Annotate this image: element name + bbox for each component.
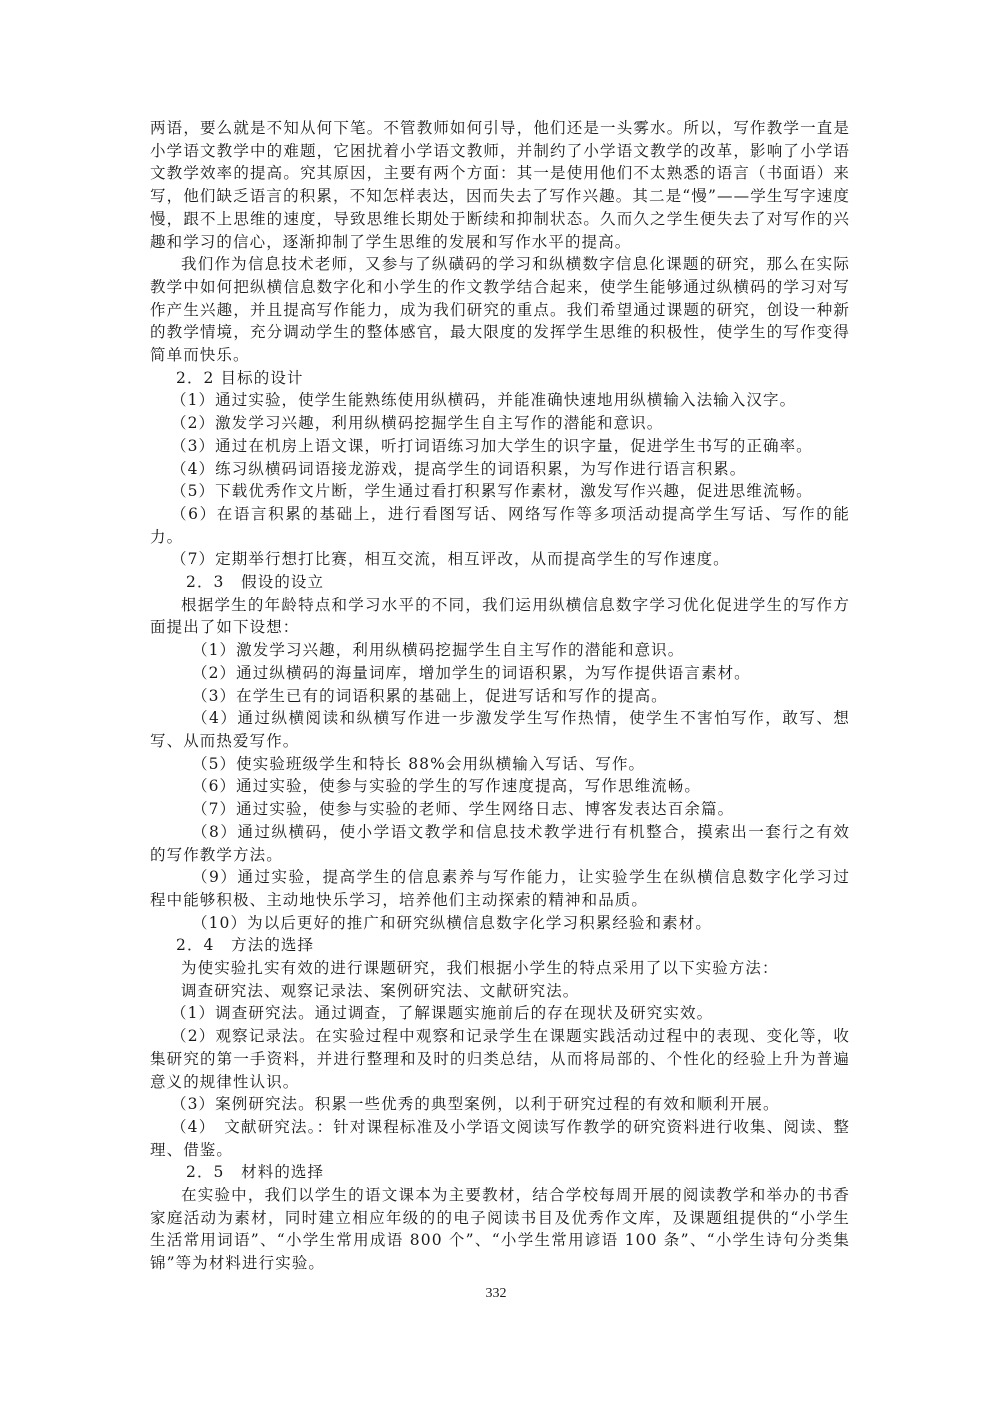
- hypothesis-item: （2）通过纵横码的海量词库，增加学生的词语积累，为写作提供语言素材。: [150, 662, 850, 685]
- intro-paragraph: 两语，要么就是不知从何下笔。不管教师如何引导，他们还是一头雾水。所以，写作教学一…: [150, 117, 850, 253]
- goal-item: （5）下载优秀作文片断，学生通过看打积累写作素材，激发写作兴趣，促进思维流畅。: [150, 480, 850, 503]
- method-list: 调查研究法、观察记录法、案例研究法、文献研究法。: [150, 980, 850, 1003]
- goal-item: （6）在语言积累的基础上，进行看图写话、网络写作等多项活动提高学生写话、写作的能…: [150, 503, 850, 548]
- hypothesis-intro: 根据学生的年龄特点和学习水平的不同，我们运用纵横信息数字学习优化促进学生的写作方…: [150, 594, 850, 639]
- goal-item: （1）通过实验，使学生能熟练使用纵横码，并能准确快速地用纵横输入法输入汉字。: [150, 389, 850, 412]
- goal-item: （2）激发学习兴趣，利用纵横码挖掘学生自主写作的潜能和意识。: [150, 412, 850, 435]
- hypothesis-item: （9）通过实验，提高学生的信息素养与写作能力，让实验学生在纵横信息数字化学习过程…: [150, 866, 850, 911]
- section-heading-2-5: 2．5 材料的选择: [150, 1161, 850, 1184]
- method-intro: 为使实验扎实有效的进行课题研究，我们根据小学生的特点采用了以下实验方法：: [150, 957, 850, 980]
- materials-paragraph: 在实验中，我们以学生的语文课本为主要教材，结合学校每周开展的阅读教学和举办的书香…: [150, 1184, 850, 1275]
- hypothesis-item: （10）为以后更好的推广和研究纵横信息数字化学习积累经验和素材。: [150, 912, 850, 935]
- goal-item: （3）通过在机房上语文课，听打词语练习加大学生的识字量，促进学生书写的正确率。: [150, 435, 850, 458]
- page-number: 332: [0, 1286, 992, 1302]
- hypothesis-item: （5）使实验班级学生和特长 88%会用纵横输入写话、写作。: [150, 753, 850, 776]
- method-item: （3）案例研究法。积累一些优秀的典型案例，以利于研究过程的有效和顺利开展。: [150, 1093, 850, 1116]
- section-heading-2-2: 2．2 目标的设计: [150, 367, 850, 390]
- hypothesis-item: （6）通过实验，使参与实验的学生的写作速度提高，写作思维流畅。: [150, 775, 850, 798]
- hypothesis-item: （8）通过纵横码，使小学语文教学和信息技术教学进行有机整合，摸索出一套行之有效的…: [150, 821, 850, 866]
- method-item: （2）观察记录法。在实验过程中观察和记录学生在课题实践活动过程中的表现、变化等，…: [150, 1025, 850, 1093]
- section-heading-2-3: 2．3 假设的设立: [150, 571, 850, 594]
- research-paragraph: 我们作为信息技术老师，又参与了纵磺码的学习和纵横数字信息化课题的研究，那么在实际…: [150, 253, 850, 367]
- section-heading-2-4: 2．4 方法的选择: [150, 934, 850, 957]
- goal-item: （4）练习纵横码词语接龙游戏，提高学生的词语积累，为写作进行语言积累。: [150, 458, 850, 481]
- goal-item: （7）定期举行想打比赛，相互交流，相互评改，从而提高学生的写作速度。: [150, 548, 850, 571]
- document-page: 两语，要么就是不知从何下笔。不管教师如何引导，他们还是一头雾水。所以，写作教学一…: [150, 117, 850, 1275]
- hypothesis-item: （1）激发学习兴趣，利用纵横码挖掘学生自主写作的潜能和意识。: [150, 639, 850, 662]
- hypothesis-item: （4）通过纵横阅读和纵横写作进一步激发学生写作热情，使学生不害怕写作，敢写、想写…: [150, 707, 850, 752]
- hypothesis-item: （7）通过实验，使参与实验的老师、学生网络日志、博客发表达百余篇。: [150, 798, 850, 821]
- method-item: （4） 文献研究法。：针对课程标准及小学语文阅读写作教学的研究资料进行收集、阅读…: [150, 1116, 850, 1161]
- method-item: （1）调查研究法。通过调查，了解课题实施前后的存在现状及研究实效。: [150, 1002, 850, 1025]
- hypothesis-item: （3）在学生已有的词语积累的基础上，促进写话和写作的提高。: [150, 685, 850, 708]
